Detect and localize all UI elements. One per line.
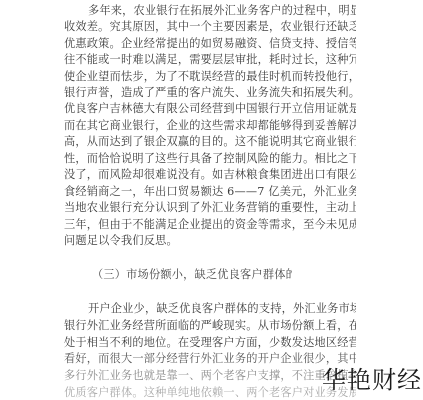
document-page: 多年来，农业银行在拓展外汇业务客户的过程中，明显地感到难度大、 收效差。究其原因… [0,0,423,400]
paragraph-2-line: 处于相当不利的地位。在受理客户方面，少数发达地区经营行发展较快，前景 [64,336,356,350]
watermark-logo-text: 华艳财经 [322,366,422,394]
paragraph-1-line: 优惠政策。企业经常提出的如贸易融资、信贷支持、授信等需求，农业银行往 [64,37,356,51]
paragraph-1-line: 而在其它商业银行，企业的这些需求却都能够得到妥善解决，并且工作效率较 [64,119,356,133]
paragraph-1-line: 问题足以令我们反思。 [64,234,356,248]
paragraph-2-line: 银行外汇业务经营所面临的严峻现实。从市场份额上看，在同业竞争中我们还 [64,319,356,333]
paragraph-1-line: 三年，但由于不能满足企业提出的资金等需求，至今未见成效，这其中存在的 [64,218,356,232]
paragraph-1-line: 当地农业银行充分认识到了外汇业务营销的重要性，主动上门拓展业务已历时 [64,201,356,215]
paragraph-1-line: 银行声誉，造成了严重的客户流失、业务流失和拓展失利。如农业银行的长期 [64,86,356,100]
paragraph-1-line: 使企业望而怯步，为了不耽误经营的最佳时机而转投他行，而且也影响了农业 [64,70,356,84]
paragraph-1-line: 往不能或一时难以满足，需要层层审批，耗时过长，这种冗长的审批程序不仅 [64,53,356,67]
paragraph-1-line: 多年来，农业银行在拓展外汇业务客户的过程中，明显地感到难度大、 [88,4,356,18]
paragraph-2-line: 开户企业少，缺乏优良客户群体的支持，外汇业务市场份额低，是农业 [88,302,356,316]
paragraph-1-line: 收效差。究其原因，其中一个主要因素是，农业银行还缺乏配套的吸引客户的 [64,20,356,34]
paragraph-2-line: 多行外汇业务也就是靠一、两个老客户支撑，不注重培植有发展潜力的 [64,369,356,383]
paragraph-1-line: 没了，而风险却很难说没有。如吉林粮食集团进出口有限公司是国内最大的粮 [64,168,356,182]
paragraph-1-line: 高，从而达到了银企双赢的目的。这不能说明其它商业银行不重视业务的风险 [64,135,356,149]
paragraph-2-line: 看好，而很大一部分经营行外汇业务的开户企业很少，其中优良客户更少。很 [64,352,356,366]
paragraph-1-line: 性，而恰恰说明了这些行具备了控制风险的能力。相比之下，农业银行的业务 [64,152,356,166]
section-heading: （三）市场份额小，缺乏优良客户群体的支持 [92,268,292,282]
paragraph-2-line: 优质客户群体。这种单纯地依赖一、两个老客户对业务发展极为不利，一旦这 [64,386,356,400]
paragraph-1-line: 食经销商之一，年出口贸易额达 6——7 亿美元，外汇业务一直在中国银行办理。 [64,185,356,199]
paragraph-1-line: 优良客户吉林德大有限公司经营到中国银行开立信用证就是这种情况的佐证。 [64,102,356,116]
